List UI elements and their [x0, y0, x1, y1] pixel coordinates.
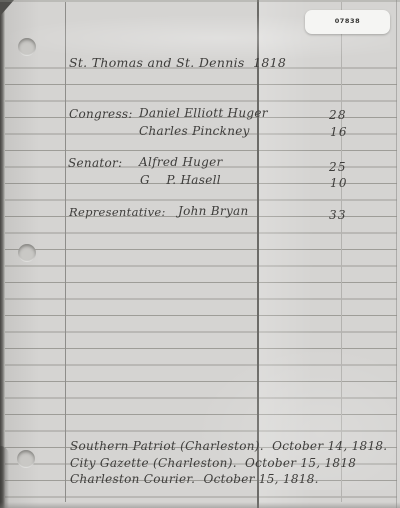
vote-count: 33: [329, 208, 347, 223]
punch-hole-middle: [18, 244, 36, 262]
office-label-congress: Congress:: [69, 107, 133, 122]
candidate-name: John Bryan: [178, 204, 249, 219]
catalog-number: 07838: [335, 17, 361, 28]
source-citation: City Gazette (Charleston). October 15, 1…: [70, 456, 356, 471]
source-citation: Charleston Courier. October 15, 1818.: [70, 472, 319, 487]
office-label-representative: Representative:: [69, 205, 166, 220]
vote-count: 25: [329, 160, 347, 175]
vote-count: 10: [330, 176, 348, 191]
page-top-left-corner: [0, 0, 14, 16]
candidate-name: Alfred Huger: [139, 155, 223, 170]
page-left-edge: [0, 0, 5, 508]
punch-hole-bottom: [17, 450, 35, 468]
vote-count: 28: [329, 108, 347, 123]
candidate-name: Daniel Elliott Huger: [139, 106, 268, 121]
vote-count: 16: [330, 125, 348, 140]
catalog-number-sticker: 07838: [305, 10, 390, 34]
scanned-ledger-page: 07838 St. Thomas and St. Dennis 1818 Con…: [0, 0, 400, 508]
page-bottom-left-corner: [0, 446, 9, 508]
office-label-senator: Senator:: [68, 156, 122, 171]
punch-hole-top: [18, 38, 36, 56]
page-top-edge: [0, 0, 400, 2]
candidate-name: Charles Pinckney: [139, 124, 250, 139]
source-citation: Southern Patriot (Charleston). October 1…: [70, 439, 387, 454]
page-title: St. Thomas and St. Dennis 1818: [69, 55, 286, 70]
left-margin-rule: [65, 2, 66, 502]
candidate-name: G P. Hasell: [140, 173, 221, 188]
page-right-edge: [396, 0, 397, 508]
page-bottom-edge: [0, 502, 400, 508]
